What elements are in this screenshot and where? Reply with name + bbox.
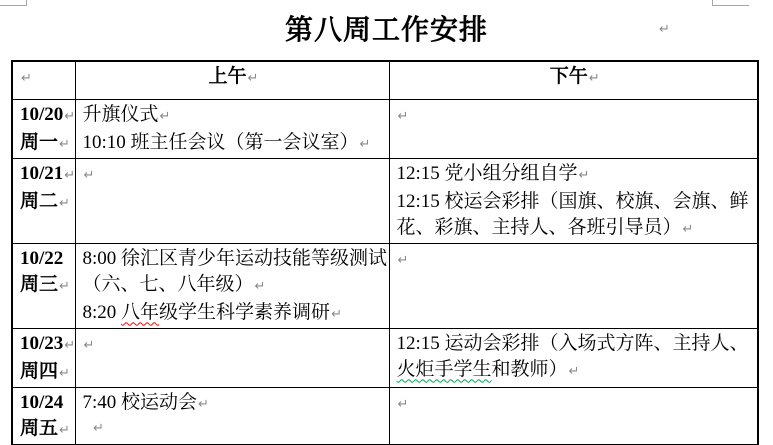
header-cell-morning[interactable]: 上午↵	[75, 61, 389, 99]
header-cell-empty[interactable]: ↵	[12, 61, 75, 99]
paragraph-mark: ↵	[198, 397, 209, 412]
date-label: 10/20	[20, 104, 63, 125]
afternoon-cell[interactable]: 12:15 运动会彩排（入场式方阵、主持人、 火炬手学生和教师）↵	[389, 328, 758, 387]
event-text: 12:15 运动会彩排（入场式方阵、主持人、	[397, 333, 749, 354]
date-label: 10/24	[20, 392, 63, 413]
paragraph-mark: ↵	[398, 109, 409, 124]
paragraph-mark: ↵	[360, 137, 371, 152]
paragraph-mark: ↵	[93, 421, 104, 436]
word-document-page[interactable]: 第八周工作安排 ↵ ↵ 上午↵ 下午↵ 10/20↵ 周一↵ 升旗仪式↵ 10:…	[0, 0, 773, 445]
date-cell[interactable]: 10/22 周三↵	[12, 243, 75, 328]
paragraph-mark: ↵	[160, 109, 171, 124]
event-text: 7:40 校运动会	[83, 392, 198, 413]
event-text: 级学生科学素养调研	[159, 302, 330, 323]
paragraph-mark: ↵	[59, 279, 70, 294]
date-label: 10/23	[20, 333, 63, 354]
text-boundary-mark-top-left	[0, 0, 27, 6]
table-row: 10/23↵ 周四↵ ↵ 12:15 运动会彩排（入场式方阵、主持人、 火炬手学…	[12, 328, 758, 387]
table-row: 10/24 周五↵ 7:40 校运动会↵ ↵	[12, 387, 758, 445]
text-boundary-mark-top-right	[712, 0, 749, 6]
afternoon-cell-empty[interactable]: ↵	[389, 99, 758, 158]
weekday-label: 周四	[20, 361, 58, 382]
event-text: 和教师）	[492, 359, 568, 380]
header-row: ↵ 上午↵ 下午↵	[12, 61, 758, 99]
paragraph-mark: ↵	[84, 338, 95, 353]
afternoon-cell[interactable]: 12:15 党小组分组自学↵ 12:15 校运会彩排（国旗、校旗、会旗、鲜 花、…	[389, 158, 758, 243]
event-text: 10:10 班主任会议（第一会议室）	[83, 132, 359, 153]
date-label: 10/22	[20, 248, 63, 269]
date-cell[interactable]: 10/24 周五↵	[12, 387, 75, 445]
paragraph-mark: ↵	[569, 364, 580, 379]
date-cell[interactable]: 10/23↵ 周四↵	[12, 328, 75, 387]
paragraph-mark: ↵	[84, 168, 95, 183]
afternoon-cell-empty[interactable]: ↵	[389, 243, 758, 328]
paragraph-mark: ↵	[248, 71, 259, 86]
event-text: 12:15 校运会彩排（国旗、校旗、会旗、鲜	[397, 191, 749, 212]
date-cell[interactable]: 10/21↵ 周二↵	[12, 158, 75, 243]
paragraph-mark: ↵	[589, 71, 600, 86]
paragraph-mark: ↵	[683, 222, 694, 237]
paragraph-mark: ↵	[21, 71, 32, 86]
morning-cell[interactable]: 7:40 校运动会↵	[75, 387, 389, 445]
paragraph-mark: ↵	[331, 307, 342, 322]
event-text: 12:15 党小组分组自学	[397, 163, 578, 184]
paragraph-mark: ↵	[659, 22, 670, 37]
paragraph-mark: ↵	[255, 279, 266, 294]
paragraph-mark: ↵	[64, 109, 75, 124]
header-cell-afternoon[interactable]: 下午↵	[389, 61, 758, 99]
paragraph-mark: ↵	[59, 196, 70, 211]
morning-cell-empty[interactable]: ↵	[75, 158, 389, 243]
paragraph-mark: ↵	[59, 137, 70, 152]
date-cell[interactable]: 10/20↵ 周一↵	[12, 99, 75, 158]
table-row: 10/20↵ 周一↵ 升旗仪式↵ 10:10 班主任会议（第一会议室）↵ ↵	[12, 99, 758, 158]
morning-cell[interactable]: 升旗仪式↵ 10:10 班主任会议（第一会议室）↵	[75, 99, 389, 158]
spell-error-text: 八年	[121, 302, 159, 323]
paragraph-mark: ↵	[64, 168, 75, 183]
paragraph-mark: ↵	[64, 338, 75, 353]
paragraph-mark: ↵	[59, 366, 70, 381]
header-morning-label: 上午	[209, 66, 247, 87]
header-afternoon-label: 下午	[550, 66, 588, 87]
paragraph-mark: ↵	[59, 423, 70, 438]
date-label: 10/21	[20, 163, 63, 184]
grammar-error-text: 火炬手学生	[397, 359, 492, 380]
morning-cell[interactable]: 8:00 徐汇区青少年运动技能等级测试 （六、七、八年级）↵ 8:20 八年级学…	[75, 243, 389, 328]
paragraph-mark: ↵	[398, 253, 409, 268]
paragraph-mark: ↵	[579, 168, 590, 183]
afternoon-cell-empty[interactable]: ↵	[389, 387, 758, 445]
event-text: 升旗仪式	[83, 104, 159, 125]
event-text: 花、彩旗、主持人、各班引导员）	[397, 217, 682, 238]
paragraph-mark: ↵	[398, 397, 409, 412]
weekday-label: 周三	[20, 274, 58, 295]
table-row: 10/21↵ 周二↵ ↵ 12:15 党小组分组自学↵ 12:15 校运会彩排（…	[12, 158, 758, 243]
table-row: 10/22 周三↵ 8:00 徐汇区青少年运动技能等级测试 （六、七、八年级）↵…	[12, 243, 758, 328]
weekday-label: 周一	[20, 132, 58, 153]
event-text: 8:00 徐汇区青少年运动技能等级测试	[83, 248, 388, 269]
morning-cell-empty[interactable]: ↵	[75, 328, 389, 387]
weekday-label: 周五	[20, 418, 58, 439]
page-title: 第八周工作安排	[0, 8, 773, 48]
event-text: 8:20	[83, 302, 122, 323]
schedule-table: ↵ 上午↵ 下午↵ 10/20↵ 周一↵ 升旗仪式↵ 10:10 班主任会议（第…	[11, 60, 759, 445]
event-text: （六、七、八年级）	[83, 274, 254, 295]
weekday-label: 周二	[20, 191, 58, 212]
